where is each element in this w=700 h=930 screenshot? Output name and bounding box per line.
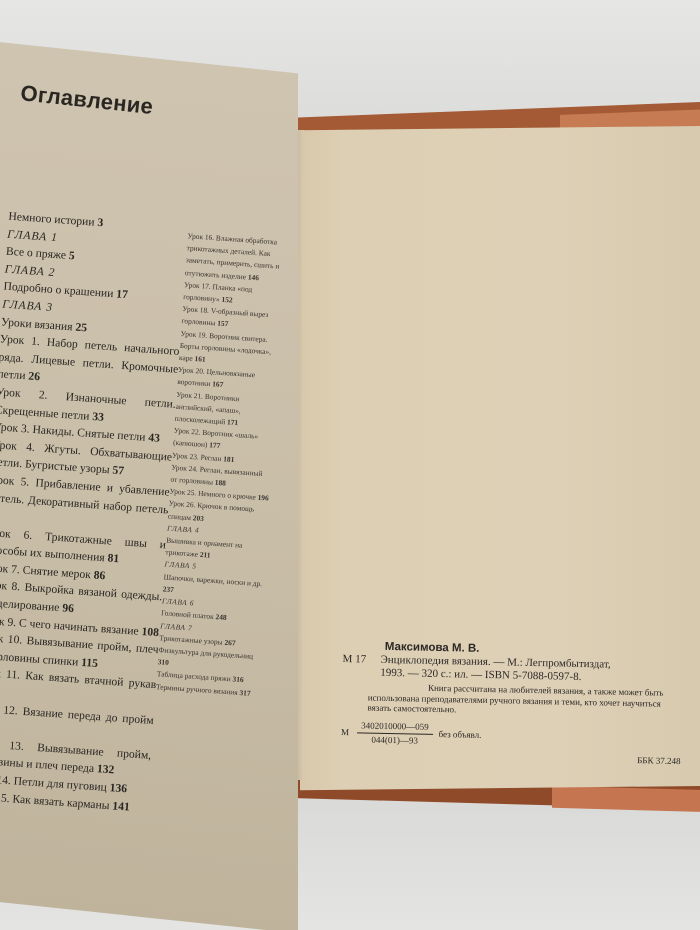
- toc-page-number: 96: [62, 601, 74, 615]
- toc-entry-text: ГЛАВА 5: [164, 560, 197, 571]
- toc-page-number: 152: [221, 295, 233, 305]
- toc-page-number: 167: [212, 380, 224, 390]
- toc-page-number: 57: [112, 464, 124, 478]
- toc-page-number: 43: [148, 431, 160, 445]
- toc-entry-text: ГЛАВА 1: [7, 227, 59, 244]
- index-letter: М: [341, 725, 349, 738]
- toc-page-number: 26: [28, 370, 40, 384]
- toc-entry-text: ГЛАВА 7: [160, 621, 193, 632]
- toc-page-number: 17: [116, 288, 128, 302]
- toc-page-number: 181: [223, 454, 235, 464]
- toc-entry-text: ГЛАВА 3: [2, 297, 54, 314]
- toc-page-number: 108: [141, 625, 159, 639]
- toc-page-number: 188: [215, 478, 227, 488]
- table-of-contents: Оглавление Немного истории 3ГЛАВА 1Все о…: [9, 80, 297, 227]
- toc-entry: Урок 16. Влажная обработка трикотажных д…: [185, 230, 288, 286]
- toc-page-number: 146: [248, 272, 260, 282]
- toc-page-number: 81: [107, 552, 119, 566]
- toc-page-number: 171: [227, 417, 239, 427]
- no-announcement-label: без объявл.: [438, 728, 481, 742]
- book-description: Книга рассчитана на любителей вязания, а…: [367, 682, 682, 720]
- toc-page-number: 310: [157, 657, 169, 667]
- toc-page-number: 3: [97, 216, 104, 229]
- toc-page-number: 248: [215, 612, 227, 622]
- toc-page-number: 211: [200, 550, 211, 560]
- toc-entry-text: ГЛАВА 2: [4, 262, 56, 279]
- book-cover-bottom-edge-light: [552, 786, 700, 812]
- index-fraction: 3402010000—059 044(01)—93: [357, 719, 433, 748]
- toc-page-number: 132: [96, 763, 114, 777]
- fraction-bottom: 044(01)—93: [371, 733, 418, 747]
- imprint-block: Максимова М. В. М 17 Энциклопедия вязани…: [340, 640, 682, 768]
- toc-page-number: 115: [81, 656, 99, 670]
- toc-page-number: 141: [112, 799, 130, 813]
- toc-entry-text: Головной платок: [161, 609, 216, 622]
- toc-page-number: 177: [209, 441, 221, 451]
- catalog-code: М 17: [342, 653, 380, 667]
- toc-entry-text: Урок 19. Воротник свитера. Борты горлови…: [179, 329, 272, 363]
- toc-entry-text: Урок 23. Реглан: [172, 450, 224, 463]
- toc-page-number: 136: [109, 781, 127, 795]
- toc-entry-text: Урок 26. Крючок в помощь спицам: [168, 499, 255, 522]
- toc-page-number: 161: [194, 354, 206, 364]
- fraction-top: 3402010000—059: [357, 719, 433, 735]
- toc-entry-text: Урок 17. Планка «под горловину»: [183, 280, 253, 304]
- index-fraction-row: М 3402010000—059 044(01)—93 без объявл.: [341, 718, 681, 752]
- toc-page-number: 33: [92, 410, 104, 424]
- toc-page-number: 196: [257, 493, 269, 503]
- toc-page-number: 5: [68, 249, 75, 262]
- toc-page-number: 86: [93, 568, 105, 582]
- toc-page-number: 317: [239, 687, 251, 697]
- toc-entry-text: ГЛАВА 4: [167, 523, 200, 534]
- toc-page-number: 157: [217, 319, 229, 329]
- toc-entry-text: Урок 16. Влажная обработка трикотажных д…: [185, 231, 280, 281]
- toc-page-number: 316: [232, 675, 244, 685]
- toc-entry-text: Все о пряже: [6, 245, 70, 262]
- toc-page-number: 267: [224, 637, 236, 647]
- toc-page-number: 25: [75, 320, 87, 334]
- toc-page-number: 203: [193, 513, 205, 523]
- toc-page-number: 237: [163, 584, 175, 594]
- toc-entry-text: ГЛАВА 6: [162, 596, 195, 607]
